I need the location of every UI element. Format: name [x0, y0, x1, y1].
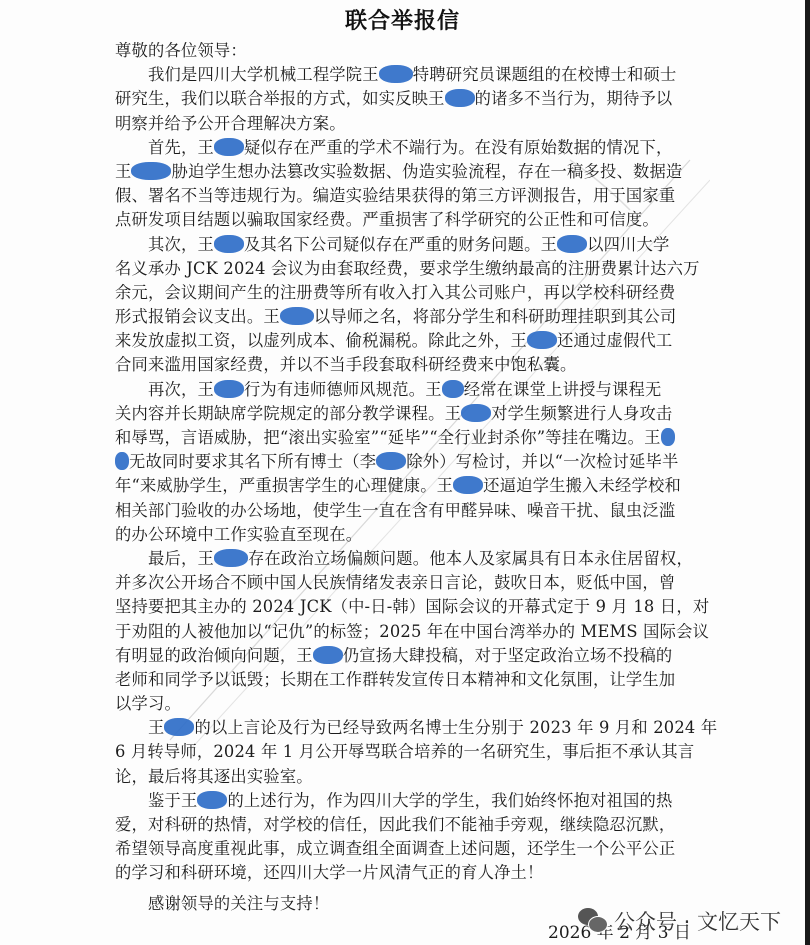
redaction-mark [376, 452, 406, 470]
paragraph-line: 再次，王行为有违师德师风规范。王经常在课堂上讲授与课程无 [115, 378, 685, 402]
redaction-mark [461, 404, 491, 422]
source-watermark: 公众号 · 文忆天下 [578, 906, 781, 936]
paragraph-line: 论，最后将其逐出实验室。 [115, 765, 685, 789]
salutation: 尊敬的各位领导： [115, 39, 685, 63]
paragraph-line: 的办公环境中工作实验直至现在。 [115, 523, 685, 547]
redaction-mark [442, 380, 464, 398]
paragraph-line: 于劝阻的人被他加以“记仇”的标签；2025 年在中国台湾举办的 MEMS 国际会… [115, 620, 685, 644]
paragraph-line: 来发放虚拟工资，以虚列成本、偷税漏税。除此之外，王还通过虚假代工 [115, 329, 685, 353]
document-title: 联合举报信 [0, 4, 805, 35]
paragraph-line: 希望领导高度重视此事，成立调查组全面调查上述问题，还学生一个公平公正 [115, 837, 685, 861]
redaction-mark [131, 162, 171, 180]
redaction-mark [164, 718, 194, 736]
paragraph-line: 6 月转导师，2024 年 1 月公开辱骂联合培养的一名研究生，事后拒不承认其言 [115, 740, 685, 764]
redaction-mark [214, 380, 244, 398]
redaction-mark [214, 138, 244, 156]
paragraph-line: 假、署名不当等违规行为。编造实验结果获得的第三方评测报告，用于国家重 [115, 184, 685, 208]
redaction-mark [214, 549, 248, 567]
redaction-mark [557, 235, 587, 253]
paragraph-line: 研究生，我们以联合举报的方式，如实反映王的诸多不当行为，期待予以 [115, 87, 685, 111]
paragraph-line: 并多次公开场合不顾中国人民族情绪发表亲日言论，鼓吹日本，贬低中国，曾 [115, 571, 685, 595]
redaction-mark [379, 65, 413, 83]
paragraph-line: 名义承办 JCK 2024 会议为由套取经费，要求学生缴纳最高的注册费累计达六万 [115, 257, 685, 281]
paragraph-line: 爱，对科研的热情，对学校的信任，因此我们不能袖手旁观，继续隐忍沉默， [115, 813, 685, 837]
paragraph-line: 坚持要把其主办的 2024 JCK（中-日-韩）国际会议的开幕式定于 9 月 1… [115, 595, 685, 619]
document-page: 联合举报信 尊敬的各位领导： 我们是四川大学机械工程学院王特聘研究员课题组的在校… [0, 0, 805, 945]
paragraph-line: 老师和同学予以诋毁；长期在工作群转发宣传日本精神和文化氛围，让学生加 [115, 668, 685, 692]
paragraph-line: 王胁迫学生想办法篡改实验数据、伪造实验流程，存在一稿多投、数据造 [115, 160, 685, 184]
paragraph-line: 余元，会议期间产生的注册费等所有收入打入其公司账户，再以学校科研经费 [115, 281, 685, 305]
redaction-mark [445, 89, 475, 107]
paragraph-line: 首先，王疑似存在严重的学术不端行为。在没有原始数据的情况下， [115, 136, 685, 160]
redaction-mark [115, 452, 129, 470]
paragraph-line: 点研发项目结题以骗取国家经费。严重损害了科学研究的公正性和可信度。 [115, 208, 685, 232]
paragraph-line: 有明显的政治倾向问题，王仍宣扬大肆投稿，对于坚定政治立场不投稿的 [115, 644, 685, 668]
paragraph-line: 形式报销会议支出。王以导师之名，将部分学生和科研助理挂职到其公司 [115, 305, 685, 329]
paragraph-line: 年“来威胁学生，严重损害学生的心理健康。王还逼迫学生搬入未经学校和 [115, 474, 685, 498]
paragraph-line: 其次，王及其名下公司疑似存在严重的财务问题。王以四川大学 [115, 233, 685, 257]
redaction-mark [527, 331, 557, 349]
paragraph-line: 鉴于王的上述行为，作为四川大学的学生，我们始终怀抱对祖国的热 [115, 789, 685, 813]
paragraph-line: 我们是四川大学机械工程学院王特聘研究员课题组的在校博士和硕士 [115, 63, 685, 87]
paragraph-line: 明察并给予公开合理解决方案。 [115, 112, 685, 136]
paragraph-line: 的学习和科研环境，还四川大学一片风清气正的育人净土！ [115, 861, 685, 885]
paragraph-line: 无故同时要求其名下所有博士（李除外）写检讨，并以“一次检讨延毕半 [115, 450, 685, 474]
paragraph-line: 关内容并长期缺席学院规定的部分教学课程。王对学生频繁进行人身攻击 [115, 402, 685, 426]
source-watermark-text: 公众号 · 文忆天下 [614, 906, 781, 936]
redaction-mark [313, 646, 343, 664]
redaction-mark [661, 428, 675, 446]
redaction-mark [197, 791, 227, 809]
wechat-icon [578, 908, 608, 934]
redaction-mark [453, 476, 483, 494]
letter-body: 尊敬的各位领导： 我们是四川大学机械工程学院王特聘研究员课题组的在校博士和硕士 … [115, 39, 685, 916]
right-edge-border [805, 0, 810, 945]
paragraph-line: 最后，王存在政治立场偏颇问题。他本人及家属具有日本永住居留权， [115, 547, 685, 571]
paragraph-line: 王的以上言论及行为已经导致两名博士生分别于 2023 年 9 月和 2024 年 [115, 716, 685, 740]
paragraph-line: 合同来滥用国家经费，并以不当手段套取科研经费来中饱私囊。 [115, 353, 685, 377]
paragraph-line: 相关部门验收的办公场地，使学生一直在含有甲醛异味、噪音干扰、鼠虫泛滥 [115, 499, 685, 523]
paragraph-line: 以学习。 [115, 692, 685, 716]
paragraph-line: 和辱骂，言语威胁，把“滚出实验室”“延毕”“全行业封杀你”等挂在嘴边。王 [115, 426, 685, 450]
redaction-mark [214, 235, 244, 253]
redaction-mark [280, 307, 314, 325]
